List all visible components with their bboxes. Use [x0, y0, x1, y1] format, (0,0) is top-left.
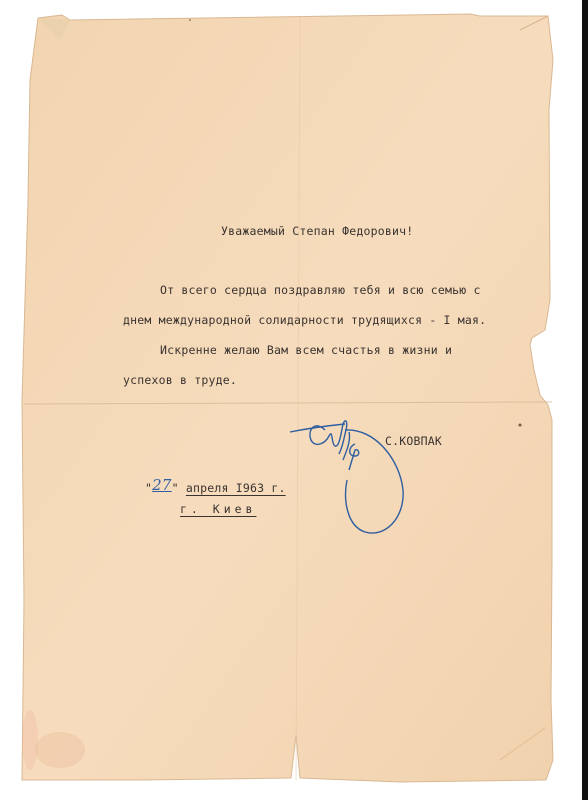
scan-edge	[582, 0, 588, 800]
body-line-4: успехов в труде.	[123, 373, 237, 387]
body-line-3: Искренне желаю Вам всем счастья в жизни …	[160, 343, 452, 357]
date-line: "27" апреля I963 г.	[145, 478, 286, 496]
date-close-quote: "	[172, 481, 179, 495]
date-month-year: апреля I963 г.	[186, 481, 286, 495]
body-line-2: днем международной солидарности трудящих…	[123, 313, 486, 327]
date-day-handwritten: 27	[152, 476, 172, 494]
salutation: Уважаемый Степан Федорович!	[221, 224, 413, 238]
handwritten-signature	[285, 410, 425, 540]
body-line-1: От всего сердца поздравляю тебя и всю се…	[160, 283, 481, 297]
paper-sheet	[0, 0, 588, 800]
place: г. Киев	[180, 502, 256, 516]
letter-page: Уважаемый Степан Федорович! От всего сер…	[0, 0, 588, 800]
